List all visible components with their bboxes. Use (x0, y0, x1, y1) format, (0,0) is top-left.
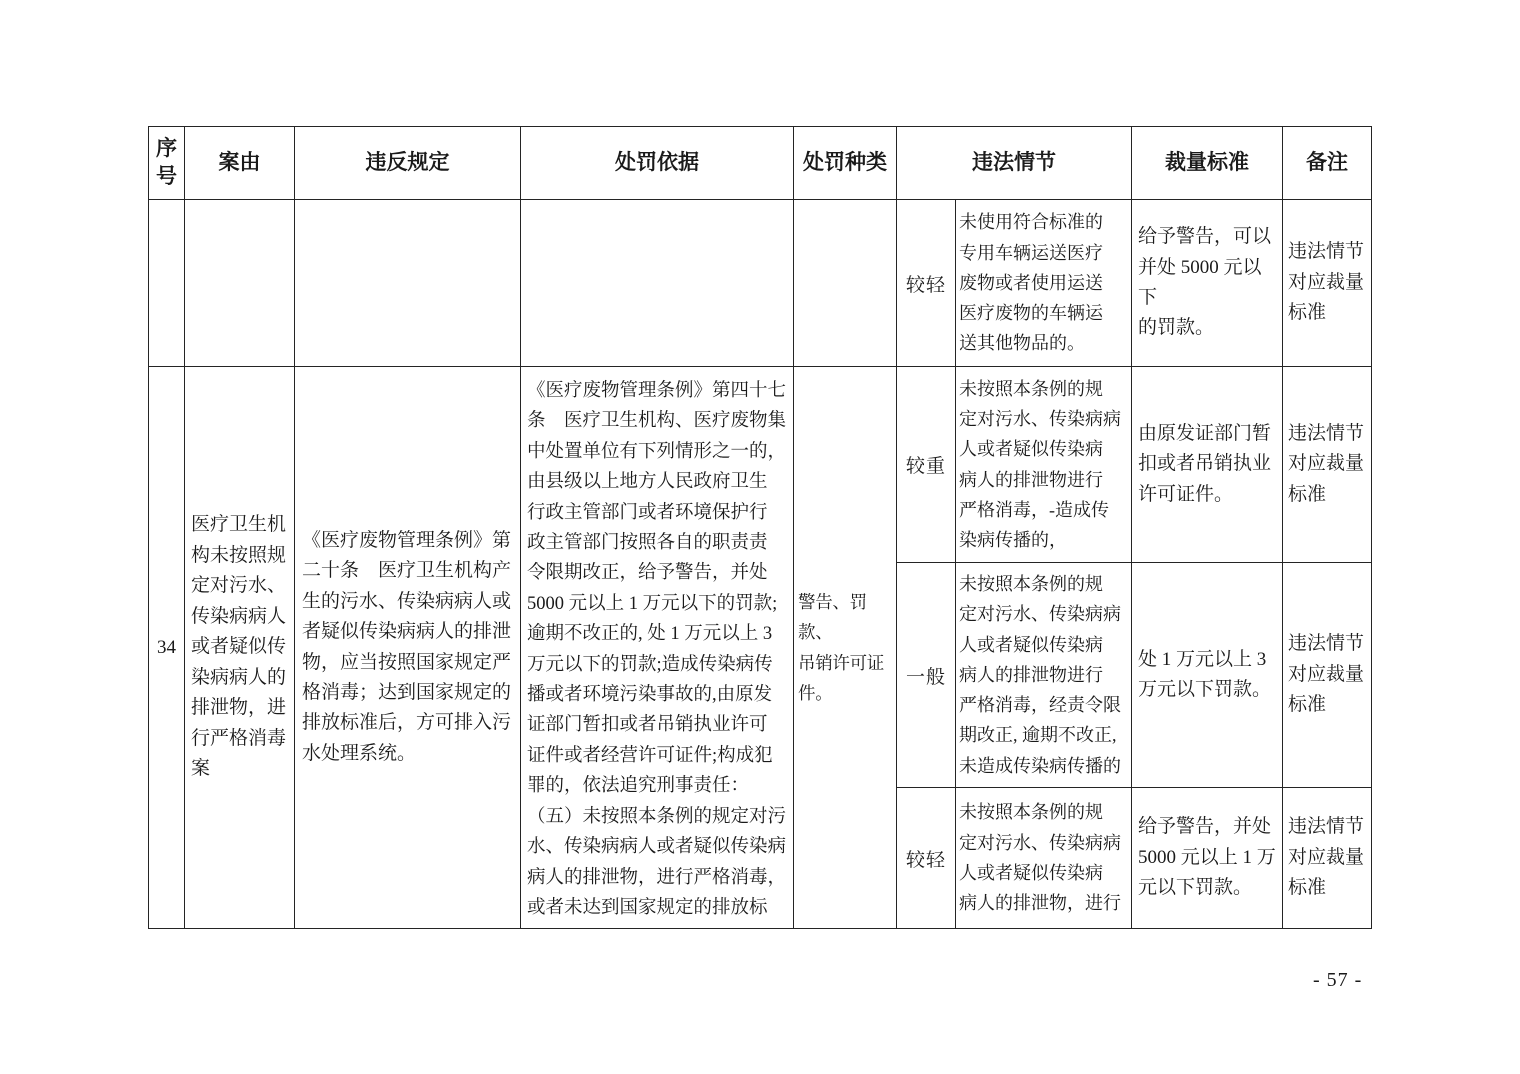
header-violated-rule: 违反规定 (295, 127, 521, 200)
row34-penalty-basis: 《医疗废物管理条例》第四十七 条 医疗卫生机构、医疗废物集 中处置单位有下列情形… (521, 367, 794, 929)
carryover-remark: 违法情节 对应裁量 标准 (1283, 200, 1372, 367)
header-cause: 案由 (185, 127, 295, 200)
document-page: 序 号 案由 违反规定 处罚依据 处罚种类 违法情节 裁量标准 备注 较轻 未使… (0, 0, 1520, 1074)
page-number: - 57 - (1313, 969, 1362, 992)
row34-sub2-remark: 违法情节 对应裁量 标准 (1283, 563, 1372, 788)
carryover-circumstance: 未使用符合标准的 专用车辆运送医疗 废物或者使用运送 医疗废物的车辆运 送其他物… (956, 200, 1132, 367)
row34-sub3-severity: 较轻 (897, 788, 956, 929)
row34-sub1-remark: 违法情节 对应裁量 标准 (1283, 367, 1372, 563)
row34-cause: 医疗卫生机 构未按照规 定对污水、 传染病病人 或者疑似传 染病病人的 排泄物，… (185, 367, 295, 929)
row34-sub2-severity: 一般 (897, 563, 956, 788)
header-discretion-standard: 裁量标准 (1132, 127, 1283, 200)
row34-no: 34 (149, 367, 185, 929)
carryover-cause-cell (185, 200, 295, 367)
carryover-no-cell (149, 200, 185, 367)
carryover-rule-cell (295, 200, 521, 367)
header-penalty-basis: 处罚依据 (521, 127, 794, 200)
row34-sub3-remark: 违法情节 对应裁量 标准 (1283, 788, 1372, 929)
carryover-standard: 给予警告，可以 并处 5000 元以下 的罚款。 (1132, 200, 1283, 367)
carryover-basis-cell (521, 200, 794, 367)
carryover-severity: 较轻 (897, 200, 956, 367)
penalty-table: 序 号 案由 违反规定 处罚依据 处罚种类 违法情节 裁量标准 备注 较轻 未使… (148, 126, 1372, 929)
header-violation-circumstance: 违法情节 (897, 127, 1132, 200)
header-col-no: 序 号 (149, 127, 185, 200)
row34-sub1-standard: 由原发证部门暂 扣或者吊销执业 许可证件。 (1132, 367, 1283, 563)
row34-sub3-standard: 给予警告，并处 5000 元以上 1 万 元以下罚款。 (1132, 788, 1283, 929)
row34-sub2-standard: 处 1 万元以上 3 万元以下罚款。 (1132, 563, 1283, 788)
row34-sub3-circumstance: 未按照本条例的规 定对污水、传染病病 人或者疑似传染病 病人的排泄物，进行 (956, 788, 1132, 929)
header-penalty-type: 处罚种类 (794, 127, 897, 200)
row34-penalty-type: 警告、罚款、 吊销许可证 件。 (794, 367, 897, 929)
row34-sub2-circumstance: 未按照本条例的规 定对污水、传染病病 人或者疑似传染病 病人的排泄物进行 严格消… (956, 563, 1132, 788)
row34-sub1-severity: 较重 (897, 367, 956, 563)
row34-sub1-circumstance: 未按照本条例的规 定对污水、传染病病 人或者疑似传染病 病人的排泄物进行 严格消… (956, 367, 1132, 563)
row34-violated-rule: 《医疗废物管理条例》第 二十条 医疗卫生机构产 生的污水、传染病病人或 者疑似传… (295, 367, 521, 929)
header-remark: 备注 (1283, 127, 1372, 200)
carryover-type-cell (794, 200, 897, 367)
